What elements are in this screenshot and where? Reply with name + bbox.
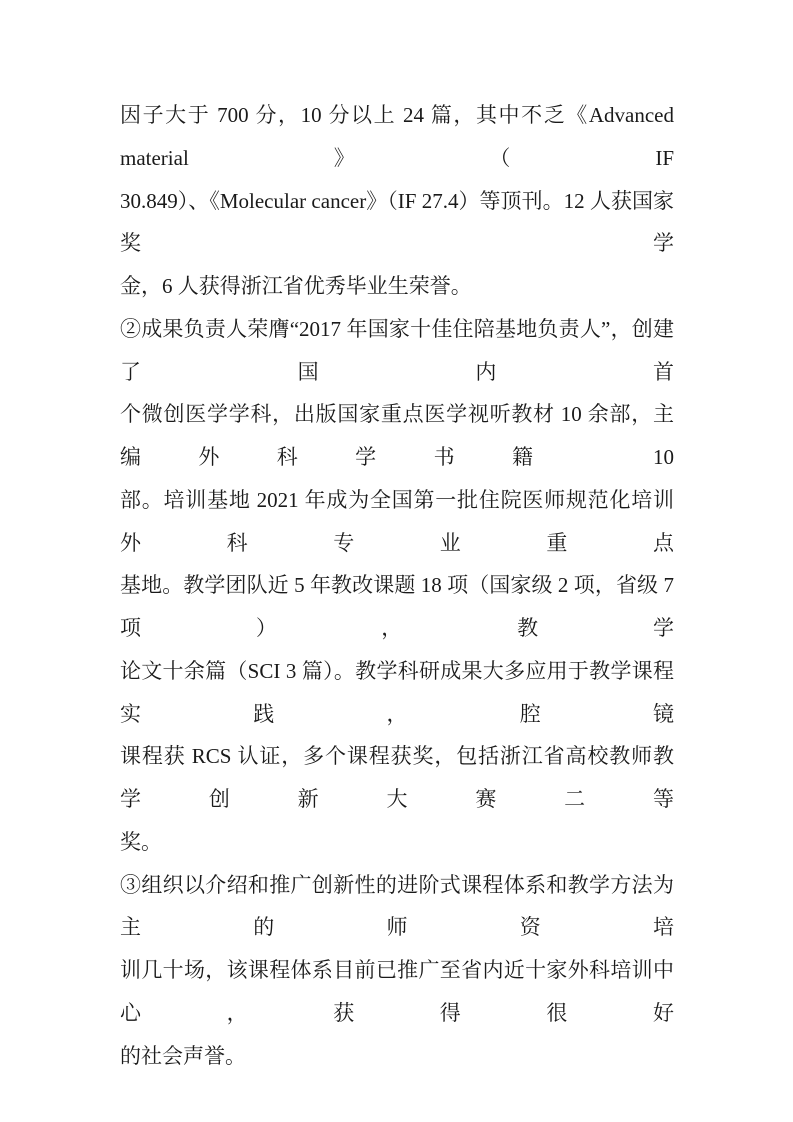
p1-line-3: 金，6 人获得浙江省优秀毕业生荣誉。 (120, 265, 674, 308)
p2-line-6: 课程获 RCS 认证，多个课程获奖，包括浙江省高校教师教学创新大赛二等 (120, 735, 674, 821)
p1-line-1: 因子大于 700 分，10 分以上 24 篇，其中不乏《Advanced mat… (120, 94, 674, 180)
p2-line-4: 基地。教学团队近 5 年教改课题 18 项（国家级 2 项，省级 7 项），教学 (120, 564, 674, 650)
p3-line-2: 训几十场，该课程体系目前已推广至省内近十家外科培训中心，获得很好 (120, 949, 674, 1035)
p2-line-5: 论文十余篇（SCI 3 篇）。教学科研成果大多应用于教学课程实践，腔镜 (120, 650, 674, 736)
paragraph-1: 因子大于 700 分，10 分以上 24 篇，其中不乏《Advanced mat… (120, 94, 674, 308)
p3-line-3: 的社会声誉。 (120, 1035, 674, 1078)
p2-line-1: ②成果负责人荣膺“2017 年国家十佳住陪基地负责人”，创建了国内首 (120, 308, 674, 394)
document-text-block: 因子大于 700 分，10 分以上 24 篇，其中不乏《Advanced mat… (120, 94, 674, 1077)
p2-line-2: 个微创医学学科，出版国家重点医学视听教材 10 余部，主编外科学书籍 10 (120, 393, 674, 479)
p1-line-2: 30.849）、《Molecular cancer》（IF 27.4）等顶刊。1… (120, 180, 674, 266)
paragraph-2: ②成果负责人荣膺“2017 年国家十佳住陪基地负责人”，创建了国内首 个微创医学… (120, 308, 674, 864)
p2-line-7: 奖。 (120, 821, 674, 864)
document-page: 因子大于 700 分，10 分以上 24 篇，其中不乏《Advanced mat… (0, 0, 793, 1122)
paragraph-3: ③组织以介绍和推广创新性的进阶式课程体系和教学方法为主的师资培 训几十场，该课程… (120, 864, 674, 1078)
p3-line-1: ③组织以介绍和推广创新性的进阶式课程体系和教学方法为主的师资培 (120, 864, 674, 950)
p2-line-3: 部。培训基地 2021 年成为全国第一批住院医师规范化培训外科专业重点 (120, 479, 674, 565)
